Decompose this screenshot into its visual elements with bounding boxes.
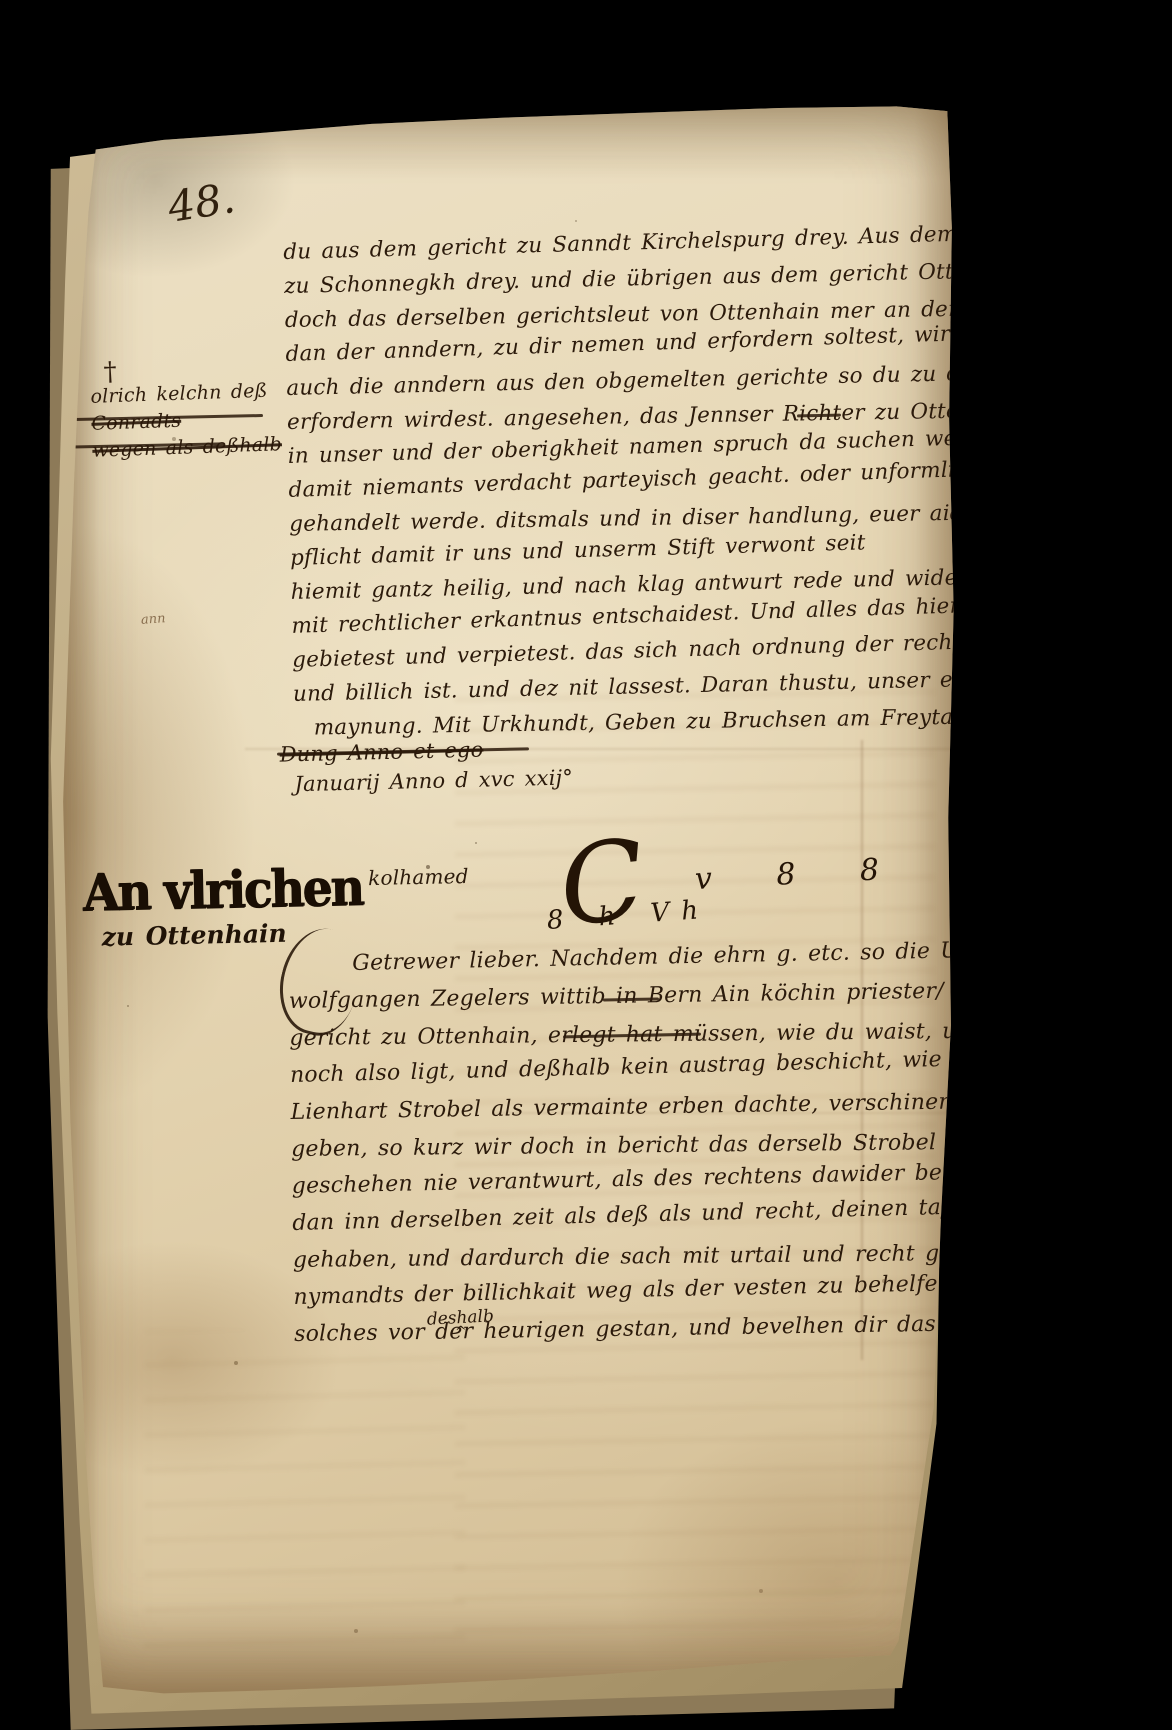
margin-note: † olrich kelchn deß Conradts wegen als d… <box>89 354 312 465</box>
folio-number: 48. <box>165 173 239 232</box>
manuscript-page: 48. † olrich kelchn deß Conradts wegen a… <box>55 100 960 1695</box>
date-line: Januarij Anno d xvc xxij° <box>294 762 573 799</box>
chancery-marks-row1: v 8 8 <box>694 851 906 897</box>
address-heading: An vlrichenkolhamed zu Ottenhain <box>82 858 470 952</box>
interlinear-insertion: deshalb ^ <box>426 1306 494 1337</box>
heading-annotation: kolhamed <box>368 864 469 890</box>
letter-body-first-block: du aus dem gericht zu Sanndt Kirchelspur… <box>283 221 984 746</box>
date-group: Dung Anno et ego Januarij Anno d xvc xxi… <box>279 732 573 799</box>
photo-background: 48. † olrich kelchn deß Conradts wegen a… <box>0 0 1172 1730</box>
ink-specks <box>55 100 57 102</box>
ink-bleedthrough-bottom-left <box>145 1330 465 1670</box>
margin-small-note: ann <box>141 611 166 628</box>
heading-addressee: An vlrichen <box>82 858 363 923</box>
